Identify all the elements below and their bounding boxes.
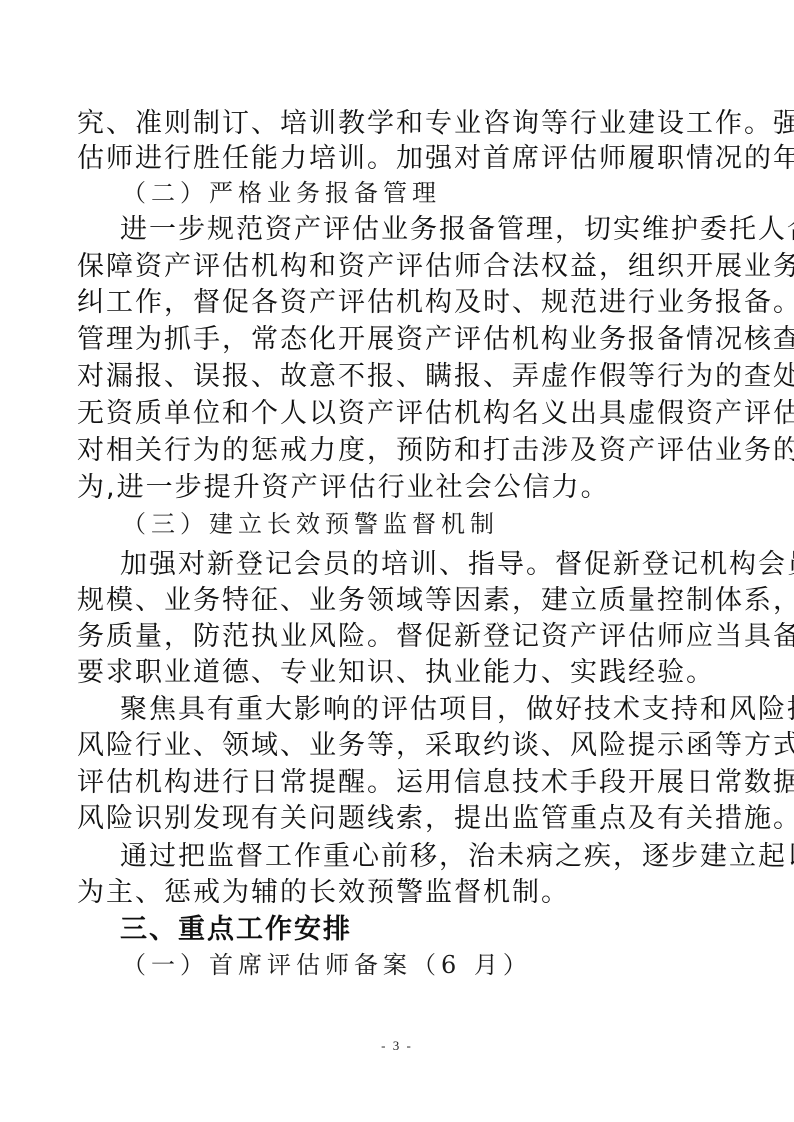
body-line: 估师进行胜任能力培训。加强对首席评估师履职情况的年度考核。 bbox=[77, 141, 794, 176]
body-line: 风险识别发现有关问题线索，提出监管重点及有关措施。 bbox=[77, 801, 794, 836]
body-line: 评估机构进行日常提醒。运用信息技术手段开展日常数据分析，通过 bbox=[77, 765, 794, 800]
document-page: 究、准则制订、培训教学和专业咨询等行业建设工作。强化对首席评 估师进行胜任能力培… bbox=[0, 0, 794, 1122]
body-line: 要求职业道德、专业知识、执业能力、实践经验。 bbox=[77, 655, 715, 690]
paragraph-start-line: 聚焦具有重大影响的评估项目，做好技术支持和风险提示。对高 bbox=[120, 692, 794, 727]
paragraph-start-line: 通过把监督工作重心前移，治未病之疾，逐步建立起以问题预警 bbox=[120, 839, 794, 874]
body-line: 务质量，防范执业风险。督促新登记资产评估师应当具备履行职责所 bbox=[77, 619, 794, 654]
body-line: 无资质单位和个人以资产评估机构名义出具虚假资产评估报告。加大 bbox=[77, 396, 794, 431]
body-line: 对漏报、误报、故意不报、瞒报、弄虚作假等行为的查处，防范打击 bbox=[77, 359, 794, 394]
body-line: 对相关行为的惩戒力度，预防和打击涉及资产评估业务的违法违规行 bbox=[77, 433, 794, 468]
body-line: 究、准则制订、培训教学和专业咨询等行业建设工作。强化对首席评 bbox=[77, 106, 794, 141]
subheading-chief-appraiser-filing: （一）首席评估师备案（6 月） bbox=[122, 948, 532, 983]
subheading-early-warning: （三）建立长效预警监督机制 bbox=[122, 507, 499, 542]
paragraph-start-line: 进一步规范资产评估业务报备管理，切实维护委托人合法利益， bbox=[120, 212, 794, 247]
body-line: 规模、业务特征、业务领域等因素，建立质量控制体系，保证评估业 bbox=[77, 583, 794, 618]
subheading-strict-filing: （二）严格业务报备管理 bbox=[122, 176, 441, 211]
section-heading-key-tasks: 三、重点工作安排 bbox=[120, 912, 352, 947]
body-line: 为主、惩戒为辅的长效预警监督机制。 bbox=[77, 875, 570, 910]
page-number: - 3 - bbox=[0, 1038, 794, 1054]
paragraph-start-line: 加强对新登记会员的培训、指导。督促新登记机构会员结合自身 bbox=[120, 547, 794, 582]
body-line: 风险行业、领域、业务等，采取约谈、风险提示函等方式对相关资产 bbox=[77, 728, 794, 763]
body-line: 保障资产评估机构和资产评估师合法权益，组织开展业务报备自查自 bbox=[77, 249, 794, 284]
body-line: 为,进一步提升资产评估行业社会公信力。 bbox=[77, 470, 610, 505]
body-line: 纠工作，督促各资产评估机构及时、规范进行业务报备。以业务报备 bbox=[77, 285, 794, 320]
body-line: 管理为抓手，常态化开展资产评估机构业务报备情况核查工作，严格 bbox=[77, 322, 794, 357]
